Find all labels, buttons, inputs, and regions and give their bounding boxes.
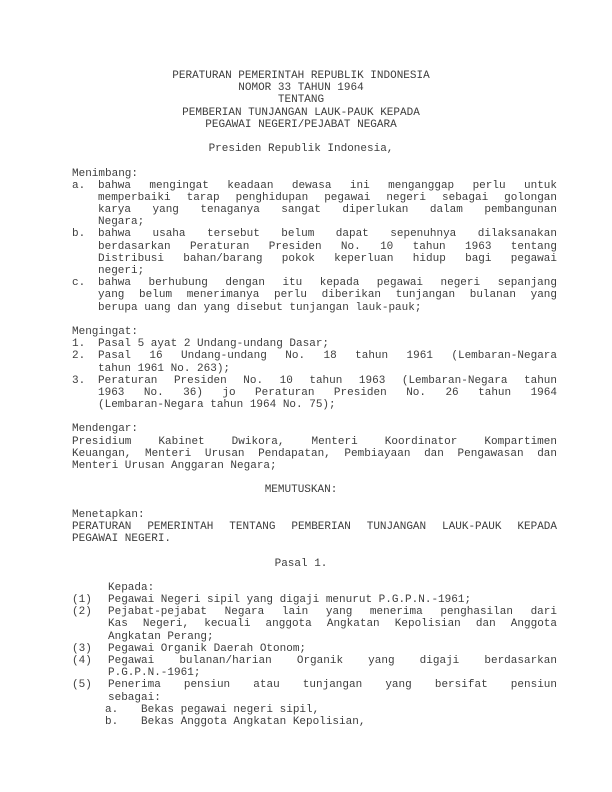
doc-line: Pasal 16 Undang-undang No. 18 tahun 1961… <box>98 350 557 362</box>
doc-title: PERATURAN PEMERINTAH REPUBLIK INDONESIAN… <box>72 70 530 131</box>
doc-line: PEGAWAI NEGERI/PEJABAT NEGARA <box>72 119 530 131</box>
doc-line: Bekas pegawai negeri sipil, <box>141 704 557 716</box>
doc-line: Pejabat-pejabat Negara lain yang menerim… <box>108 606 557 618</box>
menimbang-label: Menimbang: <box>72 168 557 180</box>
doc-line: Angkatan Perang; <box>108 631 557 643</box>
list-marker: 3. <box>72 375 85 387</box>
doc-line: Mengingat: <box>72 326 557 338</box>
pasal1-item-2: (2)Pejabat-pejabat Negara lain yang mene… <box>72 606 557 643</box>
blank-line <box>72 472 557 484</box>
salutation: Presiden Republik Indonesia, <box>72 143 530 155</box>
list-marker: a. <box>72 180 85 192</box>
doc-line: Mendengar: <box>72 423 557 435</box>
doc-line: Pegawai Negeri sipil yang digaji menurut… <box>108 594 557 606</box>
blank-line <box>72 411 557 423</box>
mengingat-label: Mengingat: <box>72 326 557 338</box>
doc-line: bahwa mengingat keadaan dewasa ini menga… <box>98 180 557 192</box>
blank-line <box>72 570 557 582</box>
pasal-1-heading: Pasal 1. <box>72 558 530 570</box>
doc-line: sebagai: <box>108 692 557 704</box>
list-marker: (1) <box>72 594 92 606</box>
list-marker: (4) <box>72 655 92 667</box>
doc-line: PEGAWAI NEGERI. <box>72 533 557 545</box>
doc-line: (Lembaran-Negara tahun 1964 No. 75); <box>98 399 557 411</box>
list-marker: (2) <box>72 606 92 618</box>
doc-line: Pasal 1. <box>72 558 530 570</box>
pasal1-item-5a: a.Bekas pegawai negeri sipil, <box>72 704 557 716</box>
mengingat-item-2: 2.Pasal 16 Undang-undang No. 18 tahun 19… <box>72 350 557 374</box>
blank-line <box>72 131 557 143</box>
doc-line: Penerima pensiun atau tunjangan yang ber… <box>108 679 557 691</box>
list-marker: 1. <box>72 338 85 350</box>
menetapkan-body: PERATURAN PEMERINTAH TENTANG PEMBERIAN T… <box>72 521 557 545</box>
doc-line: NOMOR 33 TAHUN 1964 <box>72 82 530 94</box>
document-page: PERATURAN PEMERINTAH REPUBLIK INDONESIAN… <box>0 0 612 792</box>
doc-line: Pegawai bulanan/harian Organik yang diga… <box>108 655 557 667</box>
doc-line: berupa uang dan yang disebut tunjangan l… <box>98 302 557 314</box>
doc-line: Presidium Kabinet Dwikora, Menteri Koord… <box>72 436 557 448</box>
doc-line: yang belum menerimanya perlu diberikan t… <box>98 289 557 301</box>
doc-line: PERATURAN PEMERINTAH TENTANG PEMBERIAN T… <box>72 521 557 533</box>
doc-line: Peraturan Presiden No. 10 tahun 1963 (Le… <box>98 375 557 387</box>
doc-line: Distribusi bahan/barang pokok keperluan … <box>98 253 557 265</box>
list-marker: (5) <box>72 679 92 691</box>
doc-line: PERATURAN PEMERINTAH REPUBLIK INDONESIA <box>72 70 530 82</box>
menetapkan-label: Menetapkan: <box>72 509 557 521</box>
list-marker: b. <box>72 228 85 240</box>
doc-line: Menetapkan: <box>72 509 557 521</box>
doc-line: PEMBERIAN TUNJANGAN LAUK-PAUK KEPADA <box>72 107 530 119</box>
list-marker: c. <box>72 277 85 289</box>
doc-line: memperbaiki tarap penghidupan pegawai ne… <box>98 192 557 204</box>
doc-line: Kas Negeri, kecuali anggota Angkatan Kep… <box>108 618 557 630</box>
doc-line: bahwa berhubung dengan itu kepada pegawa… <box>98 277 557 289</box>
blank-line <box>72 545 557 557</box>
mengingat-item-1: 1.Pasal 5 ayat 2 Undang-undang Dasar; <box>72 338 557 350</box>
doc-line: Keuangan, Menteri Urusan Pendapatan, Pem… <box>72 448 557 460</box>
doc-line: bahwa usaha tersebut belum dapat sepenuh… <box>98 228 557 240</box>
pasal1-item-4: (4)Pegawai bulanan/harian Organik yang d… <box>72 655 557 679</box>
doc-line: Pegawai Organik Daerah Otonom; <box>108 643 557 655</box>
pasal1-item-1: (1)Pegawai Negeri sipil yang digaji menu… <box>72 594 557 606</box>
doc-line: MEMUTUSKAN: <box>72 484 530 496</box>
pasal1-item-3: (3)Pegawai Organik Daerah Otonom; <box>72 643 557 655</box>
pasal1-item-5b: b.Bekas Anggota Angkatan Kepolisian, <box>72 716 557 728</box>
list-marker: (3) <box>72 643 92 655</box>
doc-line: Kepada: <box>108 582 557 594</box>
mengingat-item-3: 3.Peraturan Presiden No. 10 tahun 1963 (… <box>72 375 557 412</box>
doc-line: Menteri Urusan Anggaran Negara; <box>72 460 557 472</box>
blank-line <box>72 497 557 509</box>
blank-line <box>72 314 557 326</box>
doc-line: Presiden Republik Indonesia, <box>72 143 530 155</box>
doc-line: P.G.P.N.-1961; <box>108 667 557 679</box>
menimbang-item-c: c.bahwa berhubung dengan itu kepada pega… <box>72 277 557 314</box>
doc-line: karya yang tenaganya sangat diperlukan d… <box>98 204 557 216</box>
doc-line: Menimbang: <box>72 168 557 180</box>
menimbang-item-a: a.bahwa mengingat keadaan dewasa ini men… <box>72 180 557 229</box>
doc-line: Bekas Anggota Angkatan Kepolisian, <box>141 716 557 728</box>
pasal1-item-5: (5)Penerima pensiun atau tunjangan yang … <box>72 679 557 703</box>
memutuskan-heading: MEMUTUSKAN: <box>72 484 530 496</box>
list-marker: 2. <box>72 350 85 362</box>
doc-line: 1963 No. 36) jo Peraturan Presiden No. 2… <box>98 387 557 399</box>
menimbang-item-b: b.bahwa usaha tersebut belum dapat sepen… <box>72 228 557 277</box>
doc-line: Pasal 5 ayat 2 Undang-undang Dasar; <box>98 338 557 350</box>
mendengar-label: Mendengar: <box>72 423 557 435</box>
mendengar-body: Presidium Kabinet Dwikora, Menteri Koord… <box>72 436 557 473</box>
doc-line: berdasarkan Peraturan Presiden No. 10 ta… <box>98 241 557 253</box>
blank-line <box>72 155 557 167</box>
regulation-document: PERATURAN PEMERINTAH REPUBLIK INDONESIAN… <box>72 70 557 728</box>
kepada-line: Kepada: <box>72 582 557 594</box>
doc-line: Negara; <box>98 216 557 228</box>
doc-line: TENTANG <box>72 94 530 106</box>
list-marker: a. <box>105 704 118 716</box>
doc-line: negeri; <box>98 265 557 277</box>
list-marker: b. <box>105 716 118 728</box>
doc-line: tahun 1961 No. 263); <box>98 363 557 375</box>
